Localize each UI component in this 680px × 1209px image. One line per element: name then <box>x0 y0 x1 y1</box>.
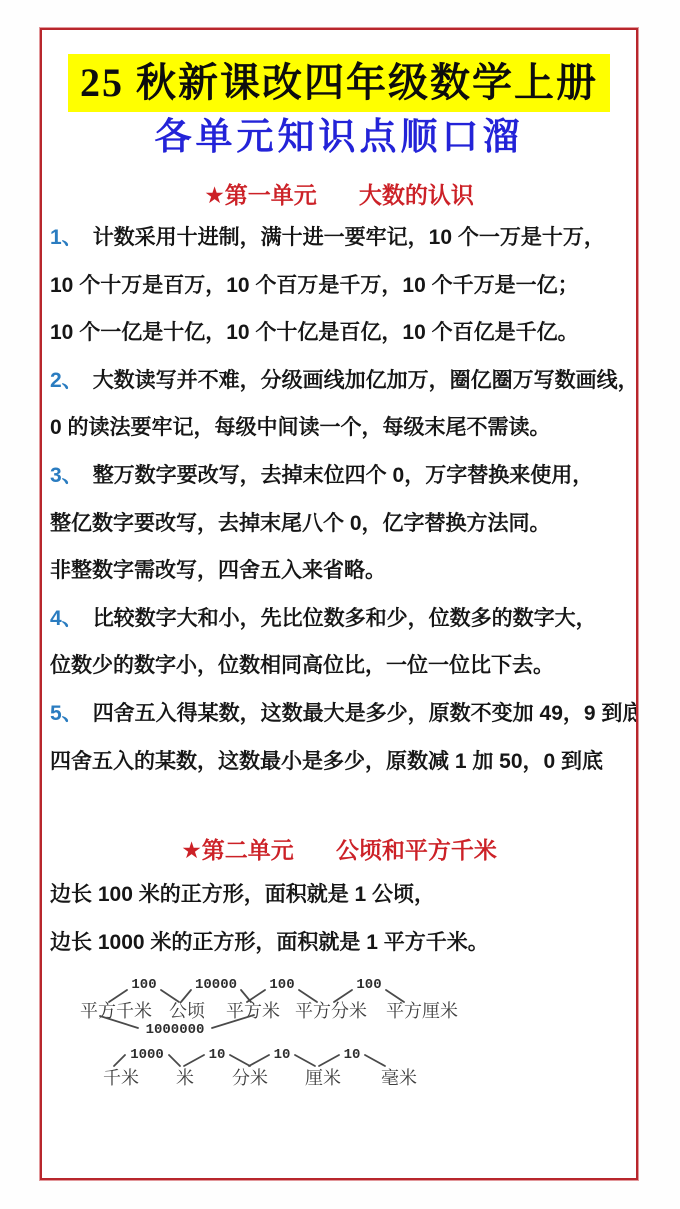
line-text: 10 个十万是百万，10 个百万是千万，10 个千万是一亿； <box>50 274 579 297</box>
line-text: 比较数字大和小，先比位数多和少，位数多的数字大， <box>93 607 597 630</box>
conversion-factor: 10 <box>274 1047 291 1063</box>
length-unit-label: 分米 <box>232 1068 268 1088</box>
line-text: 10 个一亿是十亿，10 个十亿是百亿，10 个百亿是千亿。 <box>50 321 579 344</box>
conversion-line <box>249 1055 269 1066</box>
conversion-line <box>230 1055 250 1066</box>
area-unit-label: 公顷 <box>169 1001 205 1021</box>
length-unit-label: 厘米 <box>305 1068 341 1088</box>
section1-header: ★第一单元大数的认识 <box>48 180 630 210</box>
line-text: 四舍五入得某数，这数最大是多少，原数不变加 49，9 到底； <box>93 702 638 725</box>
list-number: 2、 <box>50 369 83 392</box>
conversion-diagram-svg: 平方千米 公顷 平方米 平方分米 平方厘米 100 10000 100 100 <box>70 966 530 1098</box>
area-unit-label: 平方分米 <box>295 1001 367 1021</box>
text-line: 位数少的数字小，位数相同高位比，一位一位比下去。 <box>48 642 630 690</box>
conversion-line <box>184 1055 204 1066</box>
text-line: 边长 100 米的正方形，面积就是 1 公顷， <box>48 871 630 919</box>
text-line: 10 个一亿是十亿，10 个十亿是百亿，10 个百亿是千亿。 <box>48 309 630 357</box>
conversion-factor: 1000000 <box>146 1022 205 1038</box>
line-text: 0 的读法要牢记，每级中间读一个，每级末尾不需读。 <box>50 416 551 439</box>
section1-title: 大数的认识 <box>359 182 474 208</box>
section2-title: 公顷和平方千米 <box>336 837 497 863</box>
text-line: 四舍五入的某数，这数最小是多少，原数减 1 加 50，0 到底 <box>48 738 630 786</box>
title-row: 25 秋新课改四年级数学上册 <box>48 54 630 112</box>
conversion-line <box>114 1055 125 1066</box>
line-text: 整万数字要改写，去掉末位四个 0，万字替换来使用， <box>93 464 594 487</box>
list-number: 1、 <box>50 226 83 249</box>
conversion-line <box>319 1055 339 1066</box>
line-text: 位数少的数字小，位数相同高位比，一位一位比下去。 <box>50 654 554 677</box>
line-text: 四舍五入的某数，这数最小是多少，原数减 1 加 50，0 到底 <box>50 750 603 773</box>
page-title: 25 秋新课改四年级数学上册 <box>68 54 610 112</box>
page-subtitle: 各单元知识点顺口溜 <box>48 114 630 162</box>
conversion-factor: 100 <box>269 977 294 993</box>
line-text: 计数采用十进制，满十进一要牢记，10 个一万是十万， <box>93 226 605 249</box>
length-unit-label: 毫米 <box>381 1068 417 1088</box>
unit-conversion-diagram: 平方千米 公顷 平方米 平方分米 平方厘米 100 10000 100 100 <box>48 966 630 1098</box>
conversion-line <box>295 1055 315 1066</box>
list-number: 4、 <box>50 607 83 630</box>
line-text: 非整数字需改写，四舍五入来省略。 <box>50 559 386 582</box>
conversion-factor: 1000 <box>130 1047 164 1063</box>
conversion-line <box>169 1055 180 1066</box>
conversion-factor: 100 <box>131 977 156 993</box>
length-unit-label: 千米 <box>103 1068 139 1088</box>
document-page: 25 秋新课改四年级数学上册 各单元知识点顺口溜 ★第一单元大数的认识 1、计数… <box>0 0 680 1209</box>
area-unit-label: 平方厘米 <box>386 1001 458 1021</box>
list-number: 3、 <box>50 464 83 487</box>
text-line: 5、四舍五入得某数，这数最大是多少，原数不变加 49，9 到底； <box>48 690 630 738</box>
text-line: 边长 1000 米的正方形，面积就是 1 平方千米。 <box>48 919 630 967</box>
section2-body: 边长 100 米的正方形，面积就是 1 公顷， 边长 1000 米的正方形，面积… <box>48 871 630 966</box>
text-line: 3、整万数字要改写，去掉末位四个 0，万字替换来使用， <box>48 452 630 500</box>
section1-label: ★第一单元 <box>204 182 317 208</box>
text-line: 4、比较数字大和小，先比位数多和少，位数多的数字大， <box>48 595 630 643</box>
area-unit-label: 平方米 <box>226 1001 280 1021</box>
text-line: 非整数字需改写，四舍五入来省略。 <box>48 547 630 595</box>
conversion-factor: 10 <box>344 1047 361 1063</box>
section1-body: 1、计数采用十进制，满十进一要牢记，10 个一万是十万， 10 个十万是百万，1… <box>48 214 630 785</box>
area-unit-label: 平方千米 <box>80 1001 152 1021</box>
line-text: 边长 100 米的正方形，面积就是 1 公顷， <box>50 883 435 906</box>
red-border-frame: 25 秋新课改四年级数学上册 各单元知识点顺口溜 ★第一单元大数的认识 1、计数… <box>40 28 638 1180</box>
length-unit-label: 米 <box>176 1068 194 1088</box>
text-line: 10 个十万是百万，10 个百万是千万，10 个千万是一亿； <box>48 262 630 310</box>
list-number: 5、 <box>50 702 83 725</box>
text-line: 整亿数字要改写，去掉末尾八个 0，亿字替换方法同。 <box>48 500 630 548</box>
text-line: 2、大数读写并不难，分级画线加亿加万，圈亿圈万写数画线， <box>48 357 630 405</box>
section2-label: ★第二单元 <box>181 837 294 863</box>
section2-header: ★第二单元公顷和平方千米 <box>48 835 630 865</box>
text-line: 0 的读法要牢记，每级中间读一个，每级末尾不需读。 <box>48 404 630 452</box>
conversion-factor: 10000 <box>195 977 237 993</box>
line-text: 边长 1000 米的正方形，面积就是 1 平方千米。 <box>50 931 489 954</box>
conversion-factor: 10 <box>209 1047 226 1063</box>
line-text: 整亿数字要改写，去掉末尾八个 0，亿字替换方法同。 <box>50 512 551 535</box>
line-text: 大数读写并不难，分级画线加亿加万，圈亿圈万写数画线， <box>93 369 638 392</box>
conversion-factor: 100 <box>356 977 381 993</box>
text-line: 1、计数采用十进制，满十进一要牢记，10 个一万是十万， <box>48 214 630 262</box>
conversion-line <box>365 1055 385 1066</box>
